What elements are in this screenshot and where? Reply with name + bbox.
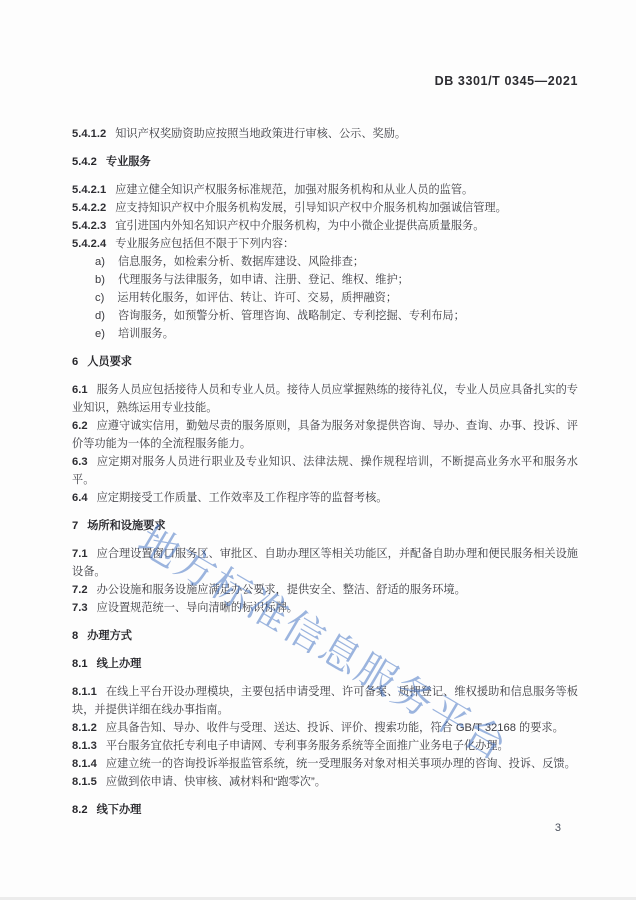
clause-number: 5.4.2.1 <box>72 184 106 196</box>
clause-number: 8.1.4 <box>72 758 97 770</box>
clause-text: 办公设施和服务设施应满足办公要求，提供安全、整洁、舒适的服务环境。 <box>97 584 466 596</box>
heading-number: 8.2 <box>72 804 88 816</box>
clause-5.4.2.2: 5.4.2.2应支持知识产权中介服务机构发展，引导知识产权中介服务机构加强诚信管… <box>72 199 578 217</box>
heading-number: 7 <box>72 520 78 532</box>
heading-7: 7场所和设施要求 <box>72 517 578 535</box>
clause-number: 6.2 <box>72 420 88 432</box>
list-item-text: 咨询服务，如预警分析、管理咨询、战略制定、专利挖掘、专利布局； <box>118 310 465 322</box>
clause-text: 应设置规范统一、导向清晰的标识标牌。 <box>97 602 298 614</box>
clause-text: 服务人员应包括接待人员和专业人员。接待人员应掌握熟练的接待礼仪，专业人员应具备扎… <box>72 384 578 414</box>
heading-number: 8.1 <box>72 658 88 670</box>
heading-number: 5.4.2 <box>72 156 97 168</box>
heading-5.4.2: 5.4.2专业服务 <box>72 153 578 171</box>
clause-number: 7.2 <box>72 584 88 596</box>
clause-text: 应具备告知、导办、收件与受理、送达、投诉、评价、搜索功能，符合 GB/T 321… <box>106 722 564 734</box>
document-body: 5.4.1.2知识产权奖励资助应按照当地政策进行审核、公示、奖励。 5.4.2专… <box>72 125 578 829</box>
clause-number: 5.4.1.2 <box>72 128 106 140</box>
clause-text: 宜引进国内外知名知识产权中介服务机构，为中小微企业提供高质量服务。 <box>115 220 484 232</box>
heading-text: 人员要求 <box>87 356 132 368</box>
clause-8.1.4: 8.1.4应建立统一的咨询投诉举报监管系统，统一受理服务对象对相关事项办理的咨询… <box>72 755 578 773</box>
clause-5.4.2.4: 5.4.2.4专业服务应包括但不限于下列内容： <box>72 235 578 253</box>
clause-text: 应定期接受工作质量、工作效率及工作程序等的监督考核。 <box>97 492 388 504</box>
list-item-letter: d) <box>95 310 105 322</box>
clause-text: 专业服务应包括但不限于下列内容： <box>115 238 294 250</box>
clause-6.1: 6.1服务人员应包括接待人员和专业人员。接待人员应掌握熟练的接待礼仪，专业人员应… <box>72 381 578 417</box>
list-item-d: d)咨询服务，如预警分析、管理咨询、战略制定、专利挖掘、专利布局； <box>72 307 578 325</box>
clause-5.4.1.2: 5.4.1.2知识产权奖励资助应按照当地政策进行审核、公示、奖励。 <box>72 125 578 143</box>
clause-text: 应定期对服务人员进行职业及专业知识、法律法规、操作规程培训，不断提高业务水平和服… <box>72 456 578 486</box>
clause-text: 应做到依申请、快审核、减材料和“跑零次”。 <box>106 776 326 788</box>
clause-7.1: 7.1应合理设置窗口服务区、审批区、自助办理区等相关功能区，并配备自助办理和便民… <box>72 545 578 581</box>
heading-text: 线下办理 <box>97 804 142 816</box>
heading-8.2: 8.2线下办理 <box>72 801 578 819</box>
clause-text: 平台服务宜依托专利电子申请网、专利事务服务系统等全面推广业务电子化办理。 <box>106 740 509 752</box>
clause-6.3: 6.3应定期对服务人员进行职业及专业知识、法律法规、操作规程培训，不断提高业务水… <box>72 453 578 489</box>
clause-5.4.2.1: 5.4.2.1应建立健全知识产权服务标准规范，加强对服务机构和从业人员的监管。 <box>72 181 578 199</box>
list-item-letter: a) <box>95 256 105 268</box>
clause-number: 8.1.5 <box>72 776 97 788</box>
clause-number: 5.4.2.2 <box>72 202 106 214</box>
list-item-text: 代理服务与法律服务，如申请、注册、登记、维权、维护； <box>118 274 409 286</box>
clause-8.1.3: 8.1.3平台服务宜依托专利电子申请网、专利事务服务系统等全面推广业务电子化办理… <box>72 737 578 755</box>
clause-number: 6.3 <box>72 456 88 468</box>
standard-code-header: DB 3301/T 0345—2021 <box>435 74 578 88</box>
list-item-text: 培训服务。 <box>118 328 174 340</box>
list-item-letter: b) <box>95 274 105 286</box>
heading-6: 6人员要求 <box>72 353 578 371</box>
clause-6.4: 6.4应定期接受工作质量、工作效率及工作程序等的监督考核。 <box>72 489 578 507</box>
clause-7.2: 7.2办公设施和服务设施应满足办公要求，提供安全、整洁、舒适的服务环境。 <box>72 581 578 599</box>
heading-text: 办理方式 <box>87 630 132 642</box>
heading-text: 线上办理 <box>97 658 142 670</box>
clause-number: 8.1.1 <box>72 686 97 698</box>
clause-number: 8.1.3 <box>72 740 97 752</box>
clause-text: 应建立统一的咨询投诉举报监管系统，统一受理服务对象对相关事项办理的咨询、投诉、反… <box>106 758 576 770</box>
clause-8.1.2: 8.1.2应具备告知、导办、收件与受理、送达、投诉、评价、搜索功能，符合 GB/… <box>72 719 578 737</box>
list-item-text: 信息服务，如检索分析、数据库建设、风险排查； <box>118 256 364 268</box>
list-item-e: e)培训服务。 <box>72 325 578 343</box>
heading-text: 场所和设施要求 <box>87 520 165 532</box>
clause-number: 6.4 <box>72 492 88 504</box>
clause-text: 在线上平台开设办理模块，主要包括申请受理、许可备案、质押登记、维权援助和信息服务… <box>72 686 578 716</box>
list-item-c: c)运用转化服务，如评估、转让、许可、交易，质押融资； <box>72 289 578 307</box>
clause-number: 7.3 <box>72 602 88 614</box>
page-number: 3 <box>555 822 561 834</box>
clause-text: 应遵守诚实信用，勤勉尽责的服务原则，具备为服务对象提供咨询、导办、查询、办事、投… <box>72 420 578 450</box>
clause-number: 6.1 <box>72 384 88 396</box>
list-item-letter: e) <box>95 328 105 340</box>
clause-number: 5.4.2.4 <box>72 238 106 250</box>
clause-8.1.1: 8.1.1在线上平台开设办理模块，主要包括申请受理、许可备案、质押登记、维权援助… <box>72 683 578 719</box>
clause-8.1.5: 8.1.5应做到依申请、快审核、减材料和“跑零次”。 <box>72 773 578 791</box>
list-item-letter: c) <box>95 292 104 304</box>
heading-8: 8办理方式 <box>72 627 578 645</box>
clause-text: 知识产权奖励资助应按照当地政策进行审核、公示、奖励。 <box>115 128 406 140</box>
clause-7.3: 7.3应设置规范统一、导向清晰的标识标牌。 <box>72 599 578 617</box>
clause-text: 应支持知识产权中介服务机构发展，引导知识产权中介服务机构加强诚信管理。 <box>115 202 507 214</box>
list-item-text: 运用转化服务，如评估、转让、许可、交易，质押融资； <box>117 292 397 304</box>
clause-number: 7.1 <box>72 548 88 560</box>
clause-6.2: 6.2应遵守诚实信用，勤勉尽责的服务原则，具备为服务对象提供咨询、导办、查询、办… <box>72 417 578 453</box>
document-page: DB 3301/T 0345—2021 地方标准信息服务平台 5.4.1.2知识… <box>0 0 636 900</box>
clause-5.4.2.3: 5.4.2.3宜引进国内外知名知识产权中介服务机构，为中小微企业提供高质量服务。 <box>72 217 578 235</box>
clause-number: 8.1.2 <box>72 722 97 734</box>
heading-text: 专业服务 <box>106 156 151 168</box>
list-item-b: b)代理服务与法律服务，如申请、注册、登记、维权、维护； <box>72 271 578 289</box>
clause-text: 应建立健全知识产权服务标准规范，加强对服务机构和从业人员的监管。 <box>115 184 473 196</box>
clause-text: 应合理设置窗口服务区、审批区、自助办理区等相关功能区，并配备自助办理和便民服务相… <box>72 548 578 578</box>
heading-number: 8 <box>72 630 78 642</box>
heading-8.1: 8.1线上办理 <box>72 655 578 673</box>
clause-number: 5.4.2.3 <box>72 220 106 232</box>
list-item-a: a)信息服务，如检索分析、数据库建设、风险排查； <box>72 253 578 271</box>
heading-number: 6 <box>72 356 78 368</box>
